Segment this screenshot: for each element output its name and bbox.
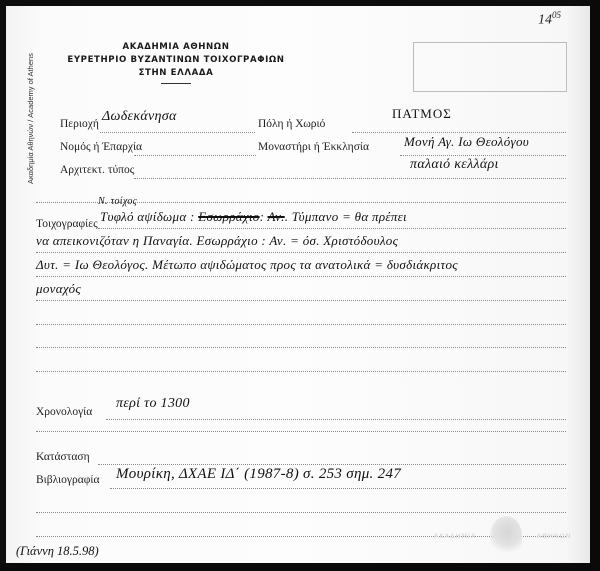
watermark-left: ΑΚΑΔΗΜΙΑ xyxy=(434,532,476,540)
bibliography-label: Βιβλιογραφία xyxy=(36,474,100,486)
header-rule xyxy=(161,83,191,84)
scanned-index-card: ΑΚΑΔΗΜΙΑ ΑΘΗΝΩΝ ΕΥΡΕΤΗΡΙΟ ΒΥΖΑΝΤΙΝΩΝ ΤΟΙ… xyxy=(0,0,600,571)
wall-paintings-rule-4 xyxy=(36,300,566,301)
architecture-value: παλαιό κελλάρι xyxy=(410,157,499,173)
athena-head-icon xyxy=(490,516,522,556)
stamp-box xyxy=(413,42,567,92)
wp-line1-struck: Εσωρράχιο xyxy=(198,209,259,224)
architecture-label: Αρχιτεκτ. τύπος xyxy=(60,164,134,176)
watermark-right: ΑΘΗΝΩΝ xyxy=(536,532,571,540)
wp-line1-pre: Τυφλό αψίδωμα : xyxy=(100,209,195,224)
blank-line-4 xyxy=(36,371,566,372)
index-card: ΑΚΑΔΗΜΙΑ ΑΘΗΝΩΝ ΕΥΡΕΤΗΡΙΟ ΒΥΖΑΝΤΙΝΩΝ ΤΟΙ… xyxy=(6,6,590,565)
wall-paintings-line-3: Δυτ. = Ιω Θεολόγος. Μέτωπο αψιδώματος πρ… xyxy=(36,257,458,273)
architecture-line xyxy=(134,178,566,179)
region-label: Περιοχή xyxy=(60,118,99,130)
header-line-academy: ΑΚΑΔΗΜΙΑ ΑΘΗΝΩΝ xyxy=(46,41,306,54)
monastery-label: Μοναστήρι ή Έκκλησία xyxy=(258,141,369,153)
prefecture-label: Νομός ή Έπαρχία xyxy=(60,141,142,153)
monastery-value: Μονή Αγ. Ιω Θεολόγου xyxy=(404,134,529,150)
bibliography-line xyxy=(110,488,566,489)
page-number-main: 14 xyxy=(538,13,552,28)
header-line-index: ΕΥΡΕΤΗΡΙΟ ΒΥΖΑΝΤΙΝΩΝ ΤΟΙΧΟΓΡΑΦΙΩΝ xyxy=(46,54,306,67)
region-value: Δωδεκάνησα xyxy=(102,109,177,125)
wall-paintings-rule-1 xyxy=(98,228,566,229)
academy-watermark: ΑΚΑΔΗΜΙΑ ΑΘΗΝΩΝ xyxy=(434,516,572,556)
town-label: Πόλη ή Χωριό xyxy=(258,118,325,130)
scan-bottom-border xyxy=(0,563,600,571)
dating-line xyxy=(106,419,566,420)
town-line xyxy=(352,132,566,133)
side-credit: Ακαδημία Αθηνών / Academy of Athens xyxy=(26,53,35,184)
monastery-line xyxy=(400,155,566,156)
dating-label: Χρονολογία xyxy=(36,406,92,418)
institution-header: ΑΚΑΔΗΜΙΑ ΑΘΗΝΩΝ ΕΥΡΕΤΗΡΙΟ ΒΥΖΑΝΤΙΝΩΝ ΤΟΙ… xyxy=(46,41,306,84)
condition-line xyxy=(98,464,566,465)
wall-paintings-line-4: μοναχός xyxy=(36,281,81,297)
scan-right-border xyxy=(590,0,600,571)
page-number: 1405 xyxy=(538,10,561,29)
wall-paintings-label: Τοιχογραφίες xyxy=(36,218,98,230)
wall-paintings-line-2: να απεικονιζόταν η Παναγία. Εσωρράχιο : … xyxy=(36,233,398,249)
wp-line1-struck2: Αν. xyxy=(268,209,285,224)
bibliography-value: Μουρίκη, ΔΧΑΕ ΙΔ΄ (1987-8) σ. 253 σημ. 2… xyxy=(116,466,401,483)
blank-line-6 xyxy=(36,512,566,513)
wp-line1-post: . Τύμπανο = θα πρέπει xyxy=(285,209,407,224)
wall-paintings-line-1: Τυφλό αψίδωμα : Εσωρράχιο: Αν.. Τύμπανο … xyxy=(100,209,407,225)
wall-paintings-rule-2 xyxy=(36,252,566,253)
town-value: ΠΑΤΜΟΣ xyxy=(392,106,452,122)
page-number-sup: 05 xyxy=(552,10,561,20)
wall-paintings-annotation: Ν. τοίχος xyxy=(98,196,137,207)
wall-paintings-rule-3 xyxy=(36,276,566,277)
signature: (Γιάννη 18.5.98) xyxy=(16,544,99,559)
blank-line-3 xyxy=(36,347,566,348)
condition-label: Κατάσταση xyxy=(36,451,90,463)
blank-line-5 xyxy=(36,431,566,432)
dating-value: περί το 1300 xyxy=(116,396,190,412)
blank-line-2 xyxy=(36,324,566,325)
prefecture-line xyxy=(134,155,256,156)
header-line-greece: ΣΤΗΝ ΕΛΛΑΔΑ xyxy=(46,67,306,80)
region-line xyxy=(100,132,255,133)
